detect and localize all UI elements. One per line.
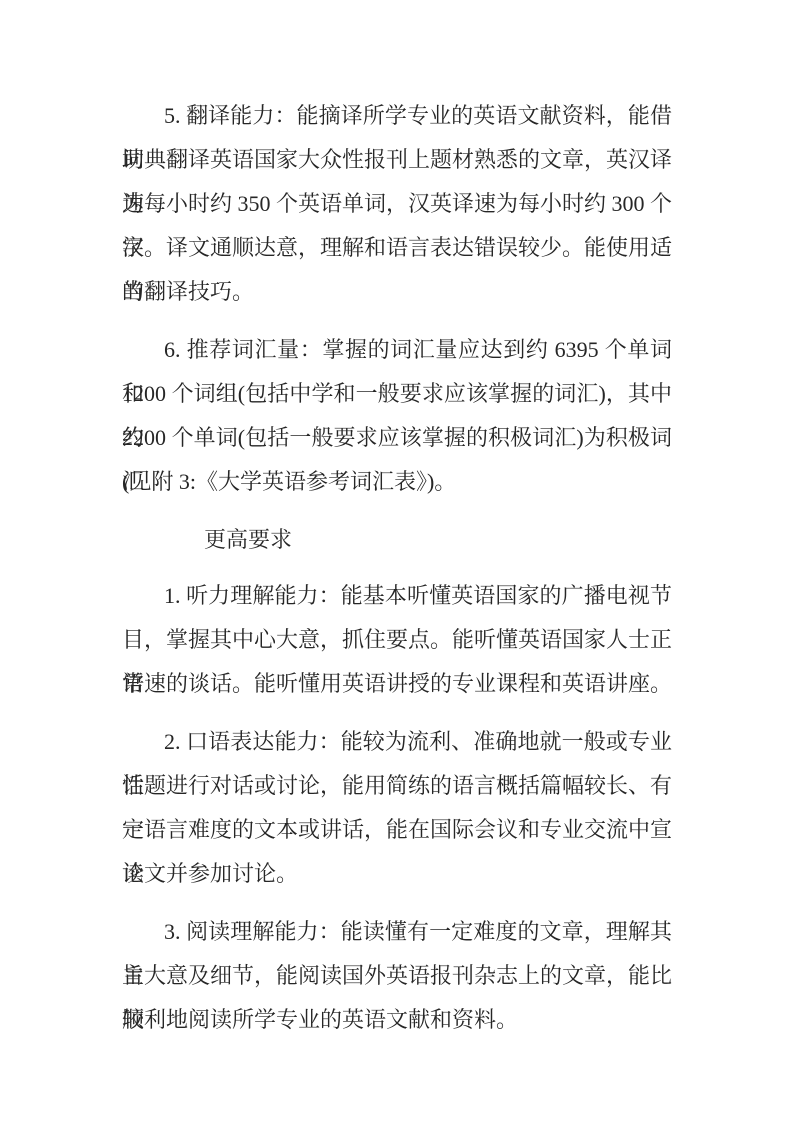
text-line: 顺利地阅读所学专业的英语文献和资料。	[122, 998, 672, 1042]
paragraph-item-2-oral-expression: 2. 口语表达能力：能较为流利、准确地就一般或专业性 话题进行对话或讨论，能用简…	[122, 720, 672, 896]
text-line: (见附 3:《大学英语参考词汇表》)。	[122, 460, 672, 504]
text-line: 话题进行对话或讨论，能用简练的语言概括篇幅较长、有一	[122, 764, 672, 808]
text-line: 论文并参加讨论。	[122, 852, 672, 896]
text-line: 1. 听力理解能力：能基本听懂英语国家的广播电视节	[122, 574, 672, 618]
text-line: 的翻译技巧。	[122, 270, 672, 314]
paragraph-item-3-reading-comprehension: 3. 阅读理解能力：能读懂有一定难度的文章，理解其主 旨大意及细节，能阅读国外英…	[122, 910, 672, 1042]
text-line: 语速的谈话。能听懂用英语讲授的专业课程和英语讲座。	[122, 662, 672, 706]
document-page: 5. 翻译能力：能摘译所学专业的英语文献资料，能借助 词典翻译英语国家大众性报刊…	[0, 0, 793, 1122]
paragraph-item-5-translation-ability: 5. 翻译能力：能摘译所学专业的英语文献资料，能借助 词典翻译英语国家大众性报刊…	[122, 94, 672, 314]
text-line: 3. 阅读理解能力：能读懂有一定难度的文章，理解其主	[122, 910, 672, 954]
text-line: 2. 口语表达能力：能较为流利、准确地就一般或专业性	[122, 720, 672, 764]
text-line: 旨大意及细节，能阅读国外英语报刊杂志上的文章，能比较	[122, 954, 672, 998]
text-line: 目，掌握其中心大意，抓住要点。能听懂英语国家人士正常	[122, 618, 672, 662]
paragraph-item-6-recommended-vocabulary: 6. 推荐词汇量：掌握的词汇量应达到约 6395 个单词和 1200 个词组(包…	[122, 328, 672, 504]
text-line: 1200 个词组(包括中学和一般要求应该掌握的词汇)，其中约	[122, 372, 672, 416]
text-line: 定语言难度的文本或讲话，能在国际会议和专业交流中宣读	[122, 808, 672, 852]
text-line: 5. 翻译能力：能摘译所学专业的英语文献资料，能借助	[122, 94, 672, 138]
paragraph-item-1-listening-comprehension: 1. 听力理解能力：能基本听懂英语国家的广播电视节 目，掌握其中心大意，抓住要点…	[122, 574, 672, 706]
document-text-block: 5. 翻译能力：能摘译所学专业的英语文献资料，能借助 词典翻译英语国家大众性报刊…	[122, 94, 672, 1056]
text-line: 字。译文通顺达意，理解和语言表达错误较少。能使用适当	[122, 226, 672, 270]
text-line: 2200 个单词(包括一般要求应该掌握的积极词汇)为积极词汇	[122, 416, 672, 460]
text-line: 词典翻译英语国家大众性报刊上题材熟悉的文章，英汉译速	[122, 138, 672, 182]
section-heading-higher-requirements: 更高要求	[122, 518, 672, 562]
text-line: 为每小时约 350 个英语单词，汉英译速为每小时约 300 个汉	[122, 182, 672, 226]
text-line: 6. 推荐词汇量：掌握的词汇量应达到约 6395 个单词和	[122, 328, 672, 372]
